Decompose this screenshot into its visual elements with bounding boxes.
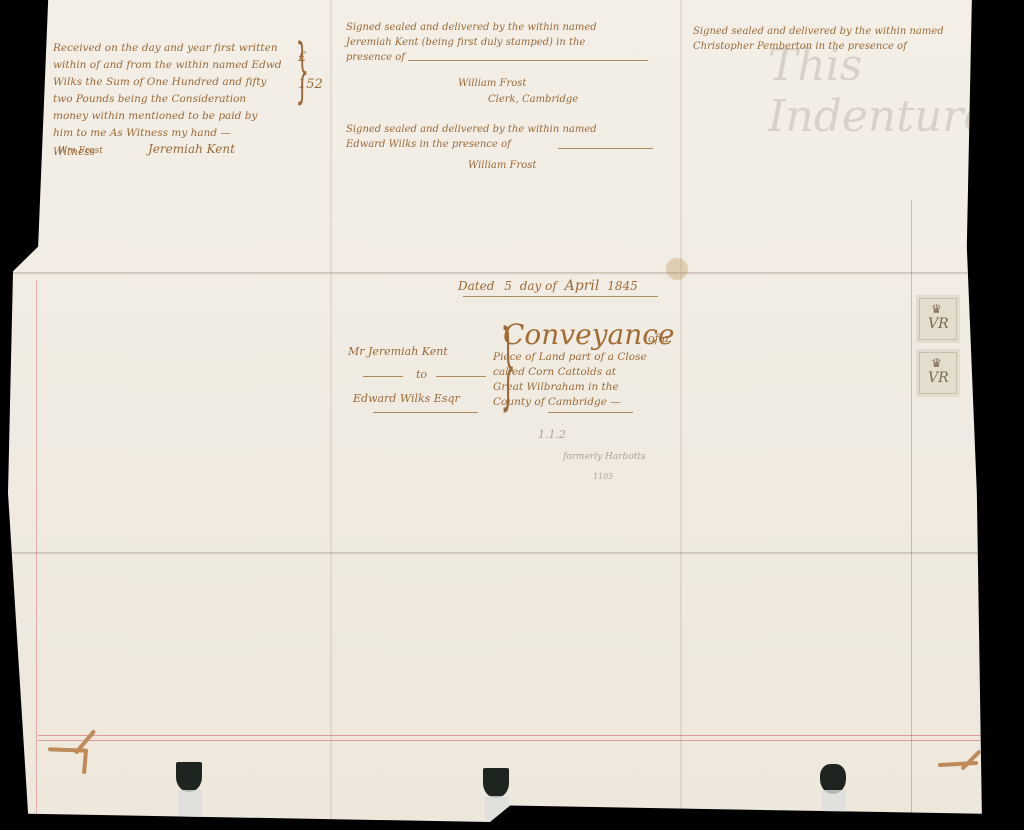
to-word: to xyxy=(416,368,427,381)
fold-line-horizontal-2 xyxy=(8,552,1012,555)
fold-line-vertical-1 xyxy=(330,0,333,822)
month: April xyxy=(565,278,600,294)
description-underline xyxy=(548,412,633,413)
execution-clause-kent: Signed sealed and delivered by the withi… xyxy=(346,20,646,65)
seal xyxy=(176,762,202,792)
clause-line: Signed sealed and delivered by the withi… xyxy=(693,24,993,39)
receipt-line: money within mentioned to be paid by xyxy=(53,108,293,125)
receipt-line: him to me As Witness my hand — xyxy=(53,125,293,142)
bottom-rule xyxy=(38,740,998,741)
receipt-line: within of and from the within named Edwd xyxy=(53,57,293,74)
clause-line: presence of xyxy=(346,50,646,65)
duty-stamp: ♛ VR xyxy=(919,298,957,340)
pound-symbol: £ xyxy=(298,50,323,65)
signature-line xyxy=(558,148,653,149)
seal xyxy=(483,768,509,798)
ghost-heading: This Indenture xyxy=(768,40,1012,142)
description-line: Great Wilbraham in the xyxy=(493,380,647,395)
clause-line: Jeremiah Kent (being first duly stamped)… xyxy=(346,35,646,50)
signature-line xyxy=(408,60,648,61)
clause-line: Signed sealed and delivered by the withi… xyxy=(346,20,646,35)
receipt-signatory: Jeremiah Kent xyxy=(148,142,235,156)
stamp-cipher: VR xyxy=(928,316,949,332)
pencil-subnote: 1105 xyxy=(593,472,613,481)
receipt-amount: £ 152 xyxy=(298,50,323,104)
property-description: Piece of Land part of a Close called Cor… xyxy=(493,350,647,410)
seal-tag xyxy=(485,796,509,830)
crown-icon: ♛ xyxy=(931,302,942,316)
description-line: Piece of Land part of a Close xyxy=(493,350,647,365)
margin-rule-left xyxy=(36,280,37,820)
year: 1845 xyxy=(607,279,638,293)
witness-signature: William Frost xyxy=(458,78,526,89)
witness-signature: William Frost xyxy=(468,160,536,171)
fold-line-vertical-2 xyxy=(680,0,683,822)
pencil-reference: 1.1.2 xyxy=(538,428,566,441)
of-a: of a xyxy=(648,332,669,345)
receipt-line: Wilks the Sum of One Hundred and fifty xyxy=(53,74,293,91)
clause-line: Signed sealed and delivered by the withi… xyxy=(346,122,646,137)
ribbon-tie xyxy=(82,750,88,774)
date-line: Dated 5 day of April 1845 xyxy=(458,278,638,294)
receipt-line: Received on the day and year first writt… xyxy=(53,40,293,57)
deed-document: This Indenture Received on the day and y… xyxy=(8,0,1012,822)
day-of: day of xyxy=(520,279,557,293)
description-line: County of Cambridge — xyxy=(493,395,647,410)
witness-place: Clerk, Cambridge xyxy=(488,94,578,105)
bottom-rule xyxy=(38,735,998,736)
receipt-witness-signature: Wm Frost xyxy=(58,146,103,156)
seal-tag xyxy=(178,790,202,824)
stain xyxy=(666,258,688,280)
seal-tag xyxy=(822,790,846,824)
duty-stamp: ♛ VR xyxy=(919,352,957,394)
divider-right xyxy=(436,376,486,377)
amount-value: 152 xyxy=(298,77,323,92)
description-line: called Corn Cattolds at xyxy=(493,365,647,380)
ribbon-tie xyxy=(938,761,978,767)
divider-left xyxy=(363,376,403,377)
party-to: Edward Wilks Esqr xyxy=(353,392,460,405)
crown-icon: ♛ xyxy=(931,356,942,370)
receipt-line: two Pounds being the Consideration xyxy=(53,91,293,108)
party-from: Mr Jeremiah Kent xyxy=(348,345,448,358)
pencil-note: formerly Harbotts xyxy=(563,452,646,462)
fold-line-horizontal-1 xyxy=(8,272,1012,275)
party-underline xyxy=(373,412,478,413)
day: 5 xyxy=(504,279,512,293)
ribbon-tie xyxy=(960,749,981,770)
margin-rule-right xyxy=(911,200,912,820)
clause-line: Edward Wilks in the presence of xyxy=(346,137,646,152)
stamp-cipher: VR xyxy=(928,370,949,386)
date-underline xyxy=(463,296,658,297)
execution-clause-pemberton: Signed sealed and delivered by the withi… xyxy=(693,24,993,54)
clause-line: Christopher Pemberton in the presence of xyxy=(693,39,993,54)
dated-prefix: Dated xyxy=(458,279,494,293)
